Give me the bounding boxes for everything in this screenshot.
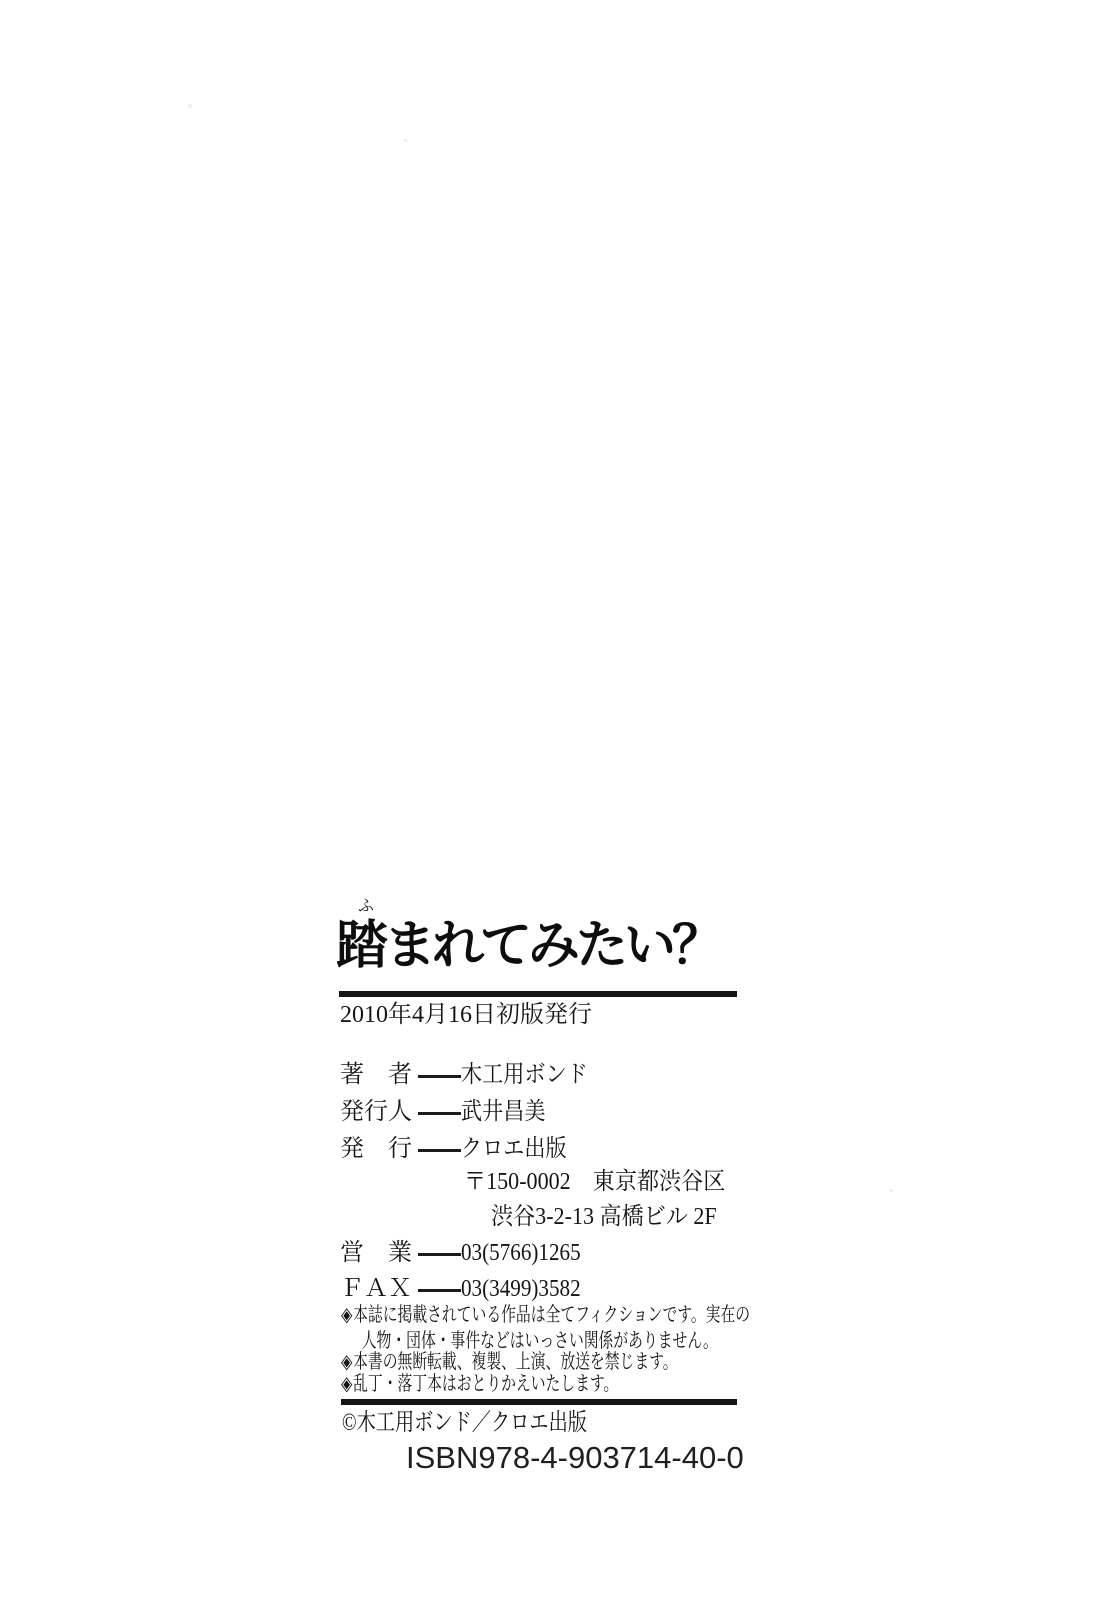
diamond-bullet-icon: ◈ [341,1351,352,1373]
credit-value: クロエ出版 [461,1135,567,1164]
notice-text: 人物・団体・事件などはいっさい関係がありません。 [362,1330,718,1352]
edition-date: 2010年4月16日初版発行 [340,1001,592,1030]
publisher-address-line-2: 渋谷3-2-13 高橋ビル 2F [491,1203,717,1232]
title-furigana: ふ [358,899,374,915]
connector-line [418,1075,461,1078]
contact-label: 営 業 [340,1239,418,1268]
book-title: 踏まれてみたい？ [336,916,720,976]
contact-row-fax: ＦＡＸ 03(3499)3582 [340,1275,597,1304]
notice-text: 本書の無断転載、複製、上演、放送を禁じます。 [353,1351,677,1373]
credit-label: 発行人 [340,1098,418,1127]
notice-line-4: ◈乱丁・落丁本はおとりかえいたします。 [341,1373,618,1395]
copyright-line: ©木工用ボンド／クロエ出版 [342,1409,587,1438]
scan-speck [188,104,192,108]
credit-label: 著 者 [340,1061,418,1090]
publisher-address-line-1: 〒150-0002 東京都渋谷区 [464,1168,725,1197]
notice-text: 乱丁・落丁本はおとりかえいたします。 [353,1373,618,1395]
credit-label: 発 行 [340,1135,418,1164]
contact-label: ＦＡＸ [340,1275,418,1304]
credit-row-publisher-person: 発行人 武井昌美 [340,1098,557,1127]
scan-speck [890,1189,893,1192]
credit-row-publisher: 発 行 クロエ出版 [340,1135,581,1164]
contact-row-sales: 営 業 03(5766)1265 [340,1239,597,1268]
diamond-bullet-icon: ◈ [341,1373,352,1395]
notice-line-3: ◈本書の無断転載、複製、上演、放送を禁じます。 [341,1351,678,1373]
credit-row-author: 著 者 木工用ボンド [340,1061,605,1090]
connector-line [418,1253,461,1256]
notice-line-2: 人物・団体・事件などはいっさい関係がありません。 [361,1330,718,1352]
connector-line [418,1149,461,1152]
connector-line [418,1289,461,1292]
notice-line-1: ◈本誌に掲載されている作品は全てフィクションです。実在の [341,1304,750,1326]
notice-text: 本誌に掲載されている作品は全てフィクションです。実在の [353,1304,750,1326]
credit-value: 武井昌美 [461,1098,545,1127]
isbn-number: ISBN978-4-903714-40-0 [406,1441,744,1475]
colophon-page: ふ 踏まれてみたい？ 2010年4月16日初版発行 著 者 木工用ボンド 発行人… [0,0,1105,1600]
diamond-bullet-icon: ◈ [341,1304,352,1326]
contact-value: 03(3499)3582 [461,1275,581,1304]
divider-rule-bottom [341,1399,737,1405]
connector-line [418,1112,461,1115]
divider-rule-top [339,991,737,997]
credit-value: 木工用ボンド [461,1061,588,1090]
contact-value: 03(5766)1265 [461,1239,581,1268]
scan-speck [404,139,407,142]
